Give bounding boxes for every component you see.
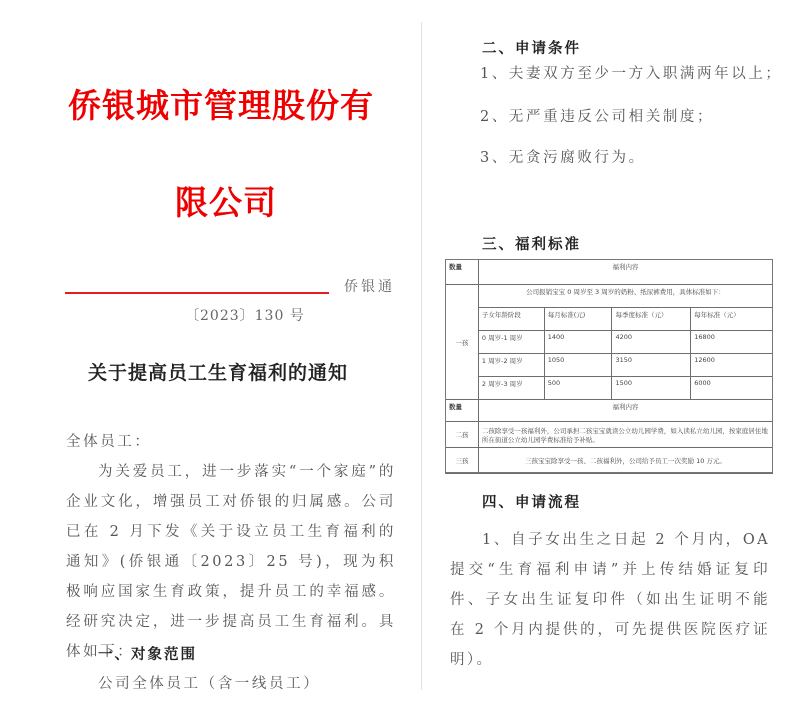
- first-child-intro: 公司报销宝宝 0 周岁至 3 周岁的奶粉、纸尿裤费用，具体标准如下：: [478, 285, 772, 308]
- first-child-label: 一孩: [446, 285, 479, 400]
- table-cell: 0 周岁-1 周岁: [478, 331, 544, 354]
- red-header-rule: [65, 292, 329, 294]
- table-cell: 4200: [612, 331, 691, 354]
- table-row: 二孩 二孩除享受一孩福利外，公司承担二孩宝宝就读公立幼儿园学费，如入读私立幼儿园…: [446, 422, 773, 448]
- section1-heading: 一、对象范围: [98, 643, 197, 664]
- header-quantity: 数量: [446, 400, 479, 422]
- document-page-left: 侨银城市管理股份有 限公司 侨银通 〔2023〕130 号 关于提高员工生育福利…: [0, 0, 420, 715]
- table-row: 0 周岁-1 周岁 1400 4200 16800: [446, 331, 773, 354]
- table-cell: 1050: [544, 354, 612, 377]
- table-cell: 12600: [691, 354, 773, 377]
- column-header: 每年标准（元）: [691, 308, 773, 331]
- table-header-row: 数量 福利内容: [446, 400, 773, 422]
- table-cell: 1400: [544, 331, 612, 354]
- second-child-content: 二孩除享受一孩福利外，公司承担二孩宝宝就读公立幼儿园学费，如入读私立幼儿园，按家…: [478, 422, 772, 448]
- table-cell: 6000: [691, 377, 773, 400]
- section2-heading: 二、申请条件: [482, 37, 581, 58]
- condition-item: 2、无严重违反公司相关制度；: [480, 105, 714, 126]
- table-subheader-row: 子女年龄阶段 每月标准(元) 每季度标准（元） 每年标准（元）: [446, 308, 773, 331]
- column-header: 子女年龄阶段: [478, 308, 544, 331]
- table-cell: 3150: [612, 354, 691, 377]
- table-row: 2 周岁-3 周岁 500 1500 6000: [446, 377, 773, 400]
- procedure-step-1: 1、自子女出生之日起 2 个月内，OA 提交“生育福利申请”并上传结婚证复印件、…: [450, 525, 770, 675]
- table-row: 一孩 公司报销宝宝 0 周岁至 3 周岁的奶粉、纸尿裤费用，具体标准如下：: [446, 285, 773, 308]
- salutation: 全体员工：: [66, 427, 152, 457]
- condition-item: 1、夫妻双方至少一方入职满两年以上；: [480, 62, 783, 83]
- table-cell: 500: [544, 377, 612, 400]
- table-cell: 1 周岁-2 周岁: [478, 354, 544, 377]
- second-child-label: 二孩: [446, 422, 479, 448]
- issuer-name-line2: 限公司: [175, 177, 277, 224]
- section3-heading: 三、福利标准: [482, 233, 581, 254]
- column-header: 每季度标准（元）: [612, 308, 691, 331]
- header-quantity: 数量: [446, 260, 479, 285]
- issuer-name-line1: 侨银城市管理股份有: [68, 80, 374, 127]
- table-row: 1 周岁-2 周岁 1050 3150 12600: [446, 354, 773, 377]
- table-header-row: 数量 福利内容: [446, 260, 773, 285]
- third-child-label: 三孩: [446, 448, 479, 474]
- section1-body: 公司全体员工（含一线员工）: [98, 669, 320, 699]
- table-cell: 1500: [612, 377, 691, 400]
- section4-heading: 四、申请流程: [482, 491, 581, 512]
- header-content: 福利内容: [478, 400, 772, 422]
- table-cell: 2 周岁-3 周岁: [478, 377, 544, 400]
- intro-paragraph: 为关爱员工，进一步落实“一个家庭”的企业文化，增强员工对侨银的归属感。公司已在 …: [66, 457, 396, 667]
- table-row: 三孩 三孩宝宝除享受一孩、二孩福利外，公司给予员工一次奖励 10 万元。: [446, 448, 773, 474]
- header-content: 福利内容: [478, 260, 772, 285]
- document-number: 〔2023〕130 号: [185, 305, 305, 325]
- condition-item: 3、无贪污腐败行为。: [480, 146, 646, 167]
- table-cell: 16800: [691, 331, 773, 354]
- document-prefix: 侨银通: [344, 276, 395, 296]
- column-header: 每月标准(元): [544, 308, 612, 331]
- third-child-content: 三孩宝宝除享受一孩、二孩福利外，公司给予员工一次奖励 10 万元。: [478, 448, 772, 474]
- welfare-standard-table: 数量 福利内容 一孩 公司报销宝宝 0 周岁至 3 周岁的奶粉、纸尿裤费用，具体…: [445, 259, 773, 474]
- document-page-right: 二、申请条件 1、夫妻双方至少一方入职满两年以上； 2、无严重违反公司相关制度；…: [422, 0, 800, 715]
- notice-title: 关于提高员工生育福利的通知: [88, 358, 348, 385]
